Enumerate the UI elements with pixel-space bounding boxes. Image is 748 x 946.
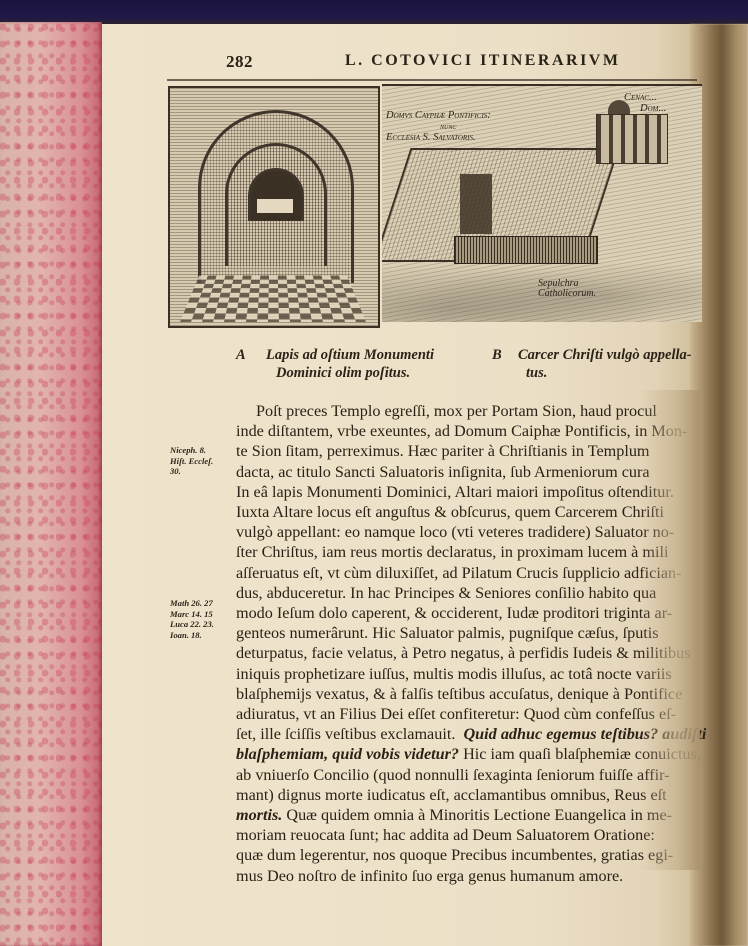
label-nunc: nunc bbox=[440, 121, 456, 132]
text-line: dus, abduceretur. In hac Principes & Sen… bbox=[236, 583, 706, 603]
text-line: aſſeruatus eſt, vt cùm diluxiſſet, ad Pi… bbox=[236, 563, 706, 583]
text-line: blaſphemiam, quid vobis videtur? Hic iam… bbox=[236, 744, 706, 764]
page-number: 282 bbox=[226, 52, 253, 72]
caption-a-line1: Lapis ad oſtium Monumenti bbox=[266, 347, 434, 363]
text-line: quæ dum legerentur, nos quoque Precibus … bbox=[236, 845, 706, 865]
label-catholicorum: Catholicorum. bbox=[538, 288, 596, 299]
text-line: iniquis prophetizare iuſſus, multis modi… bbox=[236, 664, 706, 684]
text-line: ſet, ille ſciſſis veſtibus exclamauit. Q… bbox=[236, 724, 706, 744]
margin-note-line: 30. bbox=[170, 466, 213, 477]
text-line: adiuratus, vt an Filius Dei eſſet confit… bbox=[236, 704, 706, 724]
cenacle-building bbox=[596, 114, 668, 164]
margin-note-gospels: Math 26. 27 Marc 14. 15 Luca 22. 23. Ioa… bbox=[170, 598, 214, 640]
text-segment: Hic iam quaſi blaſphemiæ conuictus, bbox=[459, 745, 701, 763]
text-line: deturpatus, facie velatus, à Petro negat… bbox=[236, 643, 706, 663]
running-head-title: L. COTOVICI ITINERARIVM bbox=[345, 52, 620, 70]
red-page-edge bbox=[0, 22, 102, 946]
church-roof bbox=[460, 174, 492, 234]
margin-note-line: Luca 22. 23. bbox=[170, 619, 214, 630]
text-line: In eâ lapis Monumenti Dominici, Altari m… bbox=[236, 482, 706, 502]
label-domus: Domvs Cayphæ Pontificis: bbox=[386, 110, 556, 121]
caption-a-letter: A bbox=[236, 346, 246, 364]
caption-a: Lapis ad oſtium Monumenti Dominici olim … bbox=[266, 346, 476, 382]
margin-note-line: Marc 14. 15 bbox=[170, 609, 214, 620]
caption-b: Carcer Chriſti vulgò appella- tus. bbox=[518, 346, 708, 382]
text-line: modo Ieſum dolo caperent, & occiderent, … bbox=[236, 603, 706, 623]
italic-quote: blaſphemiam, quid vobis videtur? bbox=[236, 745, 459, 763]
text-line: mus Deo noſtro de infinito ſuo erga genu… bbox=[236, 866, 706, 886]
running-head: 282 L. COTOVICI ITINERARIVM bbox=[0, 52, 748, 74]
text-line: moriam reuocata ſunt; hac addita ad Deum… bbox=[236, 825, 706, 845]
stone-altar bbox=[256, 198, 294, 214]
body-paragraph: Poſt preces Templo egreſſi, mox per Port… bbox=[236, 401, 706, 886]
text-line: ab vniuerſo Concilio (quod nonnulli ſexa… bbox=[236, 765, 706, 785]
caption-b-letter: B bbox=[492, 346, 502, 364]
text-line: te Sion ſitam, perreximus. Hæc pariter à… bbox=[236, 441, 706, 461]
text-line: mant) dignus morte iudicatus eſt, acclam… bbox=[236, 785, 706, 805]
caption-b-line1: Carcer Chriſti vulgò appella- bbox=[518, 347, 692, 363]
margin-note-line: Ioan. 18. bbox=[170, 630, 214, 641]
text-segment: ſet, ille ſciſſis veſtibus exclamauit. bbox=[236, 725, 455, 743]
italic-word: mortis. bbox=[236, 806, 282, 824]
checkered-floor bbox=[180, 276, 366, 322]
text-line: vulgò appellant: eo namque loco (vti vet… bbox=[236, 522, 706, 542]
caption-b-line2: tus. bbox=[526, 365, 547, 381]
italic-quote: Quid adhuc egemus teſtibus? audiſtis bbox=[463, 725, 706, 743]
text-line: ſter Chriſtus, iam reus mortis declaratu… bbox=[236, 542, 706, 562]
engraving-house-of-caiaphas: Domvs Cayphæ Pontificis: nunc Ecclesia S… bbox=[382, 84, 702, 322]
margin-note-line: Hiſt. Eccleſ. bbox=[170, 456, 213, 467]
header-rule bbox=[167, 79, 697, 81]
text-line: Poſt preces Templo egreſſi, mox per Port… bbox=[236, 401, 706, 421]
text-line: mortis. Quæ quidem omnia à Minoritis Lec… bbox=[236, 805, 706, 825]
building-wall bbox=[454, 236, 598, 264]
text-line: inde diſtantem, vrbe exeuntes, ad Domum … bbox=[236, 421, 706, 441]
background-top-band bbox=[0, 0, 748, 24]
text-segment: Quæ quidem omnia à Minoritis Lectione Eu… bbox=[282, 806, 672, 824]
text-line: Iuxta Altare locus eſt anguſtus & obſcur… bbox=[236, 502, 706, 522]
margin-note-line: Niceph. 8. bbox=[170, 445, 213, 456]
label-ecclesia: Ecclesia S. Salvatoris. bbox=[386, 132, 476, 143]
margin-note-line: Math 26. 27 bbox=[170, 598, 214, 609]
caption-a-line2: Dominici olim poſitus. bbox=[276, 364, 476, 382]
text-line: genteos numerârunt. Hic Saluator palmis,… bbox=[236, 623, 706, 643]
engraving-vaulted-chamber bbox=[168, 86, 380, 328]
label-cenaculum: Cenac... bbox=[624, 92, 657, 103]
margin-note-nicephorus: Niceph. 8. Hiſt. Eccleſ. 30. bbox=[170, 445, 213, 477]
text-line: blaſphemijs vexatus, & à falſis teſtibus… bbox=[236, 684, 706, 704]
label-dom: Dom... bbox=[640, 103, 666, 114]
text-line: dacta, ac titulo Sancti Saluatoris inſig… bbox=[236, 462, 706, 482]
